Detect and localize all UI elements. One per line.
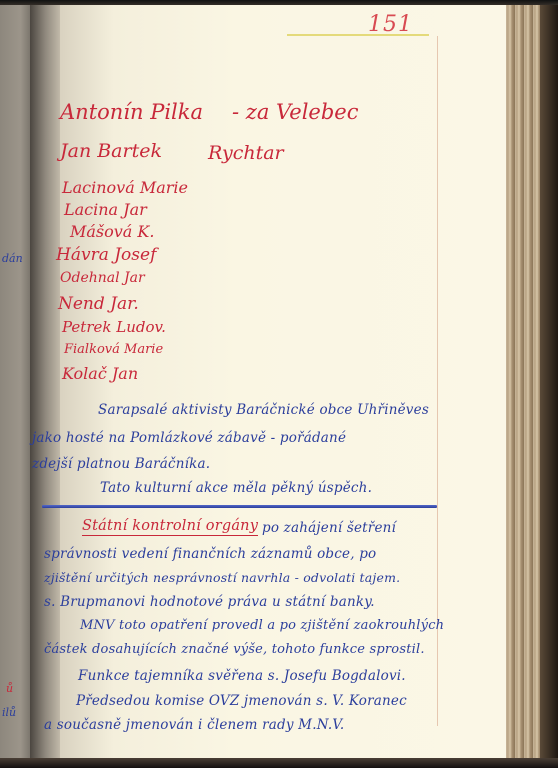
signature-name: Jan Bartek	[60, 140, 162, 162]
paragraph-line: a současně jmenován i členem rady M.N.V.	[44, 717, 344, 733]
signature-note: Rychtar	[208, 142, 284, 164]
paragraph-line: po zahájení šetření	[262, 520, 396, 536]
paragraph-line: Funkce tajemníka svěřena s. Josefu Bogda…	[78, 668, 406, 684]
paragraph-line: zjištění určitých nesprávností navrhla -…	[44, 570, 400, 585]
paragraph-line: Tato kulturní akce měla pěkný úspěch.	[100, 480, 372, 496]
left-page-fragment: ů	[6, 682, 13, 695]
paragraph-line: částek dosahujících značné výše, tohoto …	[44, 642, 425, 657]
paragraph-line: správnosti vedení finančních záznamů obc…	[44, 546, 376, 562]
signature-name: Petrek Ludov.	[62, 318, 166, 336]
page-number: 151	[368, 12, 413, 37]
signature-name: Kolač Jan	[62, 364, 138, 383]
paragraph-line: Sarapsalé aktivisty Baráčnické obce Uhři…	[98, 402, 429, 418]
left-page-fragment: ilů	[2, 706, 16, 719]
signature-name: Fialková Marie	[64, 342, 163, 357]
paragraph-line-text: Sarapsalé aktivisty Baráčnické obce Uhři…	[98, 402, 429, 418]
signature-name: Mášová K.	[70, 222, 154, 241]
signature-name: Nend Jar.	[58, 294, 139, 314]
signature-name: Hávra Josef	[56, 245, 156, 265]
signature-name: Odehnal Jar	[60, 270, 145, 286]
paragraph-line: jako hosté na Pomlázkové zábavě - pořáda…	[32, 430, 346, 446]
paragraph-line: s. Brupmanovi hodnotové práva u státní b…	[44, 594, 375, 610]
signature-name: Antonín Pilka	[60, 100, 203, 124]
section-divider	[42, 505, 437, 508]
book-bottom-edge	[0, 758, 558, 768]
left-page-fragment: dán	[2, 252, 23, 265]
signature-name: Lacinová Marie	[62, 178, 188, 197]
signature-note: - za Velebec	[232, 100, 358, 124]
left-page-edge	[0, 5, 34, 760]
paragraph-line: Předsedou komise OVZ jmenován s. V. Kora…	[76, 693, 407, 709]
paragraph-line: zdejší platnou Baráčníka.	[32, 456, 210, 472]
scanned-chronicle-page: dán ů ilů 151 Antonín Pilka - za Velebec…	[0, 0, 558, 768]
page-stack-edge	[506, 5, 558, 760]
section-heading: Státní kontrolní orgány	[82, 518, 258, 536]
signature-name: Lacina Jar	[64, 200, 147, 219]
paragraph-line: MNV toto opatření provedl a po zjištění …	[80, 618, 444, 633]
